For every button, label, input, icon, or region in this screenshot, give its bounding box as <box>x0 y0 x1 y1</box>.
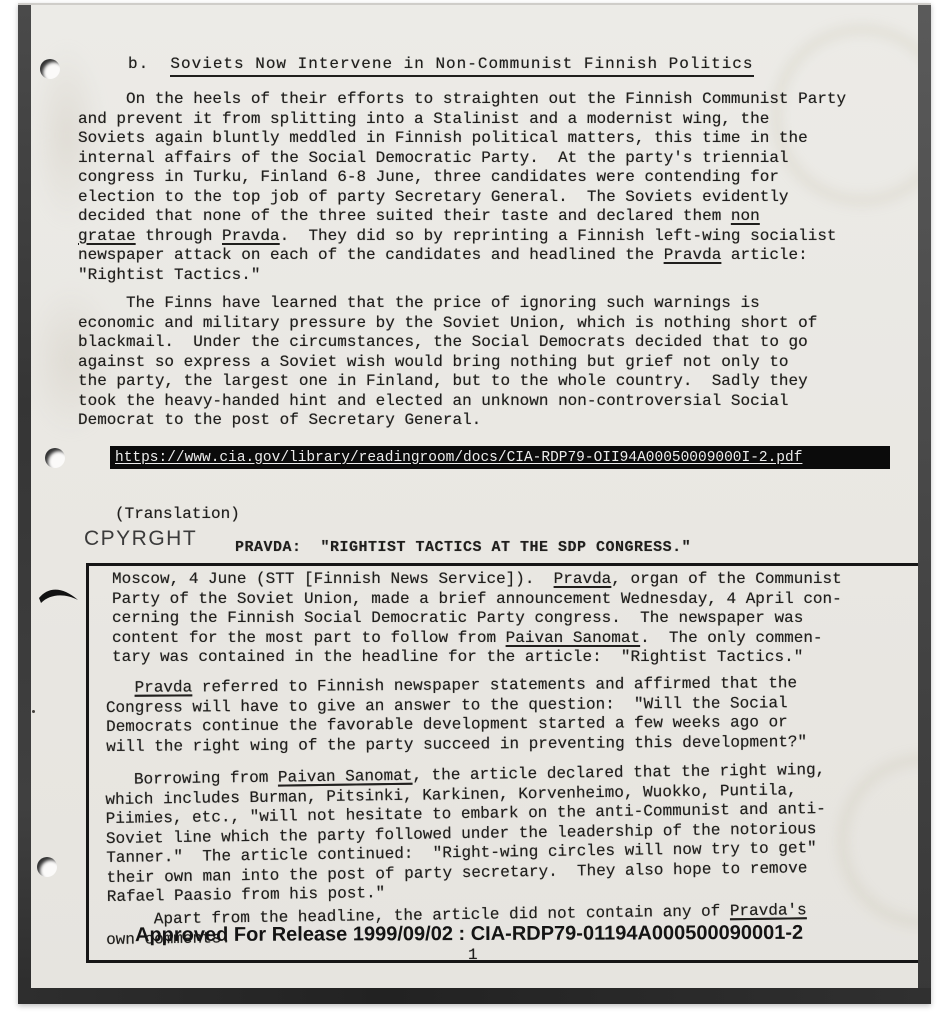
section-label: b. <box>128 55 149 73</box>
translation-paragraph-3: Borrowing from Paivan Sanomat, the artic… <box>105 761 827 908</box>
paragraph-soviet-intervention: On the heels of their efforts to straigh… <box>78 90 846 285</box>
translation-label: (Translation) <box>115 505 240 525</box>
punch-hole-bottom <box>37 857 57 877</box>
paper-edge-right <box>918 5 931 1004</box>
section-title: Soviets Now Intervene in Non-Communist F… <box>170 55 753 77</box>
paragraph-finns-learned: The Finns have learned that the price of… <box>78 294 817 431</box>
document-page: b. Soviets Now Intervene in Non-Communis… <box>18 3 931 1004</box>
pravda-article-heading: PRAVDA: "RIGHTIST TACTICS AT THE SDP CON… <box>235 538 691 558</box>
section-heading: b. Soviets Now Intervene in Non-Communis… <box>128 55 754 73</box>
approved-release-stamp: Approved For Release 1999/09/02 : CIA-RD… <box>135 922 803 947</box>
scanned-document-screenshot: { "colors":{"paper":"#e9e7e2","ink":"#20… <box>0 0 944 1024</box>
page-number: 1 <box>468 946 478 966</box>
translation-paragraph-1: Moscow, 4 June (STT [Finnish News Servic… <box>112 570 842 668</box>
document-url-text: https://www.cia.gov/library/readingroom/… <box>115 450 802 466</box>
paper-edge-bottom <box>18 988 931 1004</box>
copyright-marking: CPYRGHT <box>84 527 197 551</box>
ink-speck <box>32 710 35 713</box>
punch-hole-middle <box>45 448 65 468</box>
document-url-bar[interactable]: https://www.cia.gov/library/readingroom/… <box>110 446 890 469</box>
punch-hole-top <box>40 59 60 79</box>
translation-paragraph-2: Pravda referred to Finnish newspaper sta… <box>106 674 807 757</box>
paper-edge-left <box>18 5 31 1004</box>
pen-mark <box>38 585 80 609</box>
